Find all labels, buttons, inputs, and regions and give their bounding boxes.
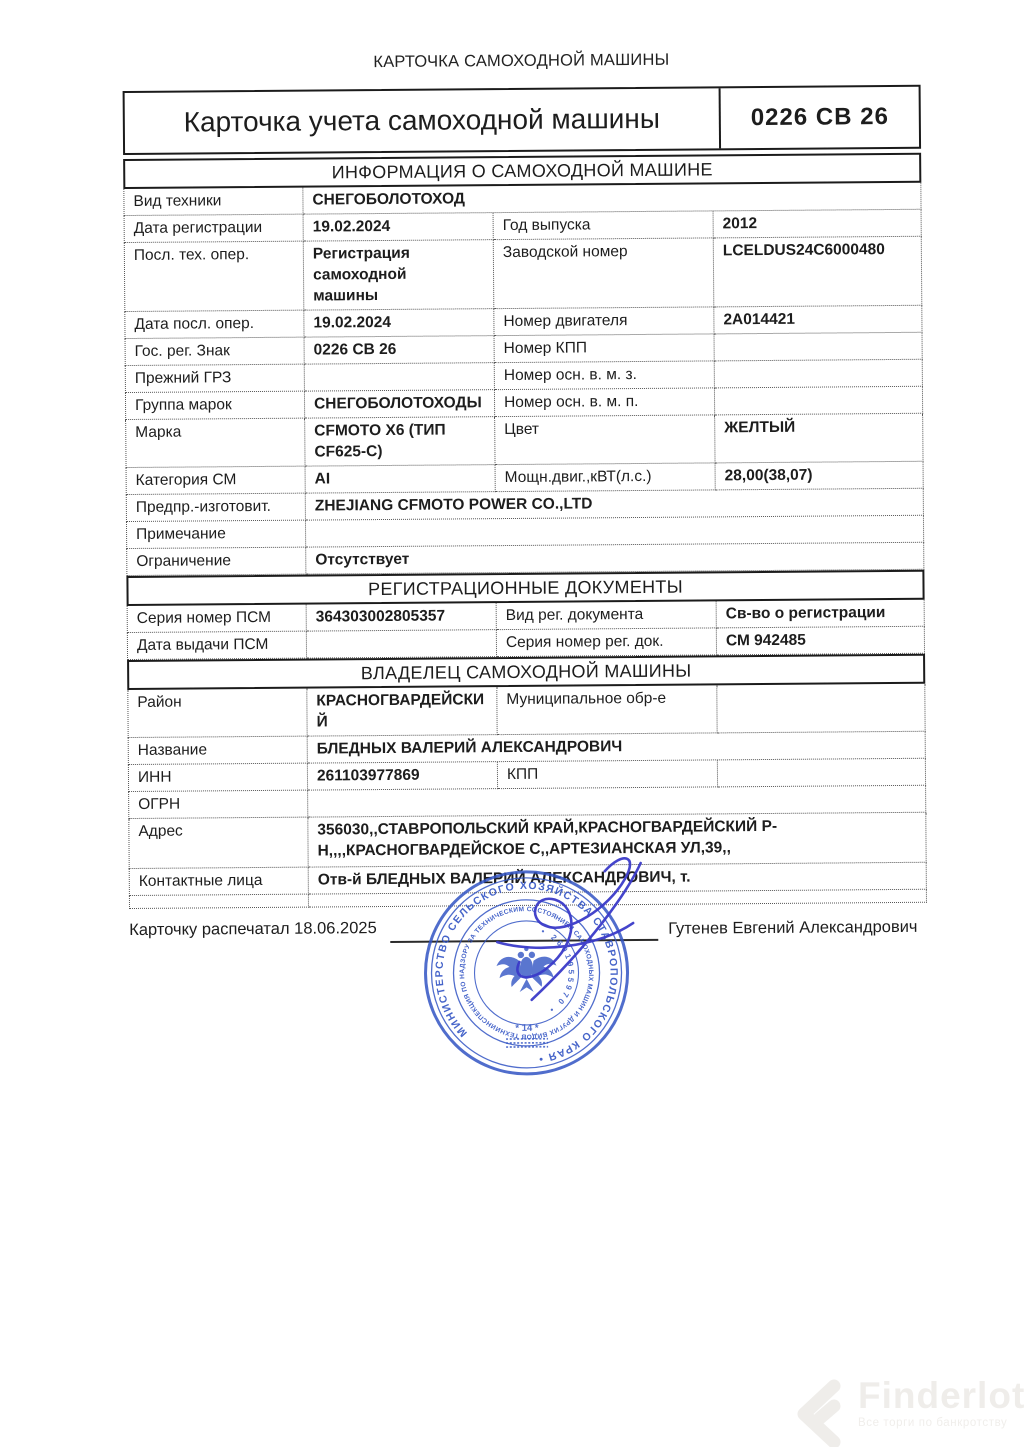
- cvet-value: ЖЕЛТЫЙ: [715, 414, 923, 464]
- inn-label: ИНН: [128, 764, 308, 792]
- rayon-label: Район: [127, 689, 307, 738]
- marka-value: CFMOTO X6 (ТИП CF625-C): [305, 417, 495, 466]
- moshchnost-label: Мощн.двиг.,кВТ(л.с.): [496, 463, 716, 492]
- finderlot-watermark: Finderlot Все торги по банкротству: [786, 1376, 1024, 1447]
- god-vypuska-label: Год выпуска: [494, 211, 714, 240]
- nazvanie-label: Название: [128, 737, 308, 765]
- finderlot-logo-icon: [786, 1376, 850, 1447]
- vid-tekhniki-label: Вид техники: [123, 188, 303, 216]
- cvet-label: Цвет: [495, 415, 715, 465]
- predpr-izgotovit-label: Предпр.-изготовит.: [126, 494, 306, 522]
- nomer-dvigatelya-value: 2A014421: [714, 306, 922, 335]
- municipalnoe-obr-value: [717, 684, 925, 734]
- municipalnoe-obr-label: Муниципальное обр-е: [497, 685, 717, 735]
- row-rayon: Район КРАСНОГВАРДЕЙСКИ Й Муниципальное о…: [127, 684, 925, 738]
- kontaktnye-lica-label: Контактные лица: [129, 868, 309, 896]
- zavodskoy-nomer-label: Заводской номер: [494, 238, 715, 309]
- printed-date-label: Карточку распечатал 18.06.2025: [129, 919, 377, 940]
- rayon-value: КРАСНОГВАРДЕЙСКИ Й: [307, 687, 497, 736]
- marka-label: Марка: [125, 419, 305, 468]
- gruppa-marok-label: Группа марок: [125, 392, 305, 420]
- seriya-nomer-reg-dok-value: СМ 942485: [717, 627, 925, 656]
- gruppa-marok-value: СНЕГОБОЛОТОХОДЫ: [305, 390, 495, 418]
- posl-tekh-oper-value: Регистрация самоходной машины: [304, 240, 495, 310]
- ogrn-label: ОГРН: [128, 791, 308, 819]
- ogranichenie-label: Ограничение: [126, 548, 306, 576]
- moshchnost-value: 28,00(38,07): [716, 462, 924, 491]
- vid-reg-dokumenta-value: Св-во о регистрации: [717, 600, 925, 629]
- card-title: Карточка учета самоходной машины: [125, 88, 719, 153]
- kpp-label: КПП: [498, 760, 718, 789]
- seriya-nomer-psm-label: Серия номер ПСМ: [127, 605, 307, 633]
- handwritten-signature: [427, 849, 698, 1041]
- watermark-tagline: Все торги по банкротству: [858, 1417, 1024, 1429]
- zavodskoy-nomer-value: LCELDUS24C6000480: [714, 237, 923, 308]
- watermark-name: Finderlot: [858, 1376, 1024, 1416]
- spacer-cell: [129, 895, 309, 909]
- scanned-document: КАРТОЧКА САМОХОДНОЙ МАШИНЫ Карточка учет…: [0, 0, 1024, 1447]
- data-posl-oper-label: Дата посл. опер.: [124, 311, 304, 339]
- gos-reg-znak-value: 0226 СВ 26: [305, 336, 495, 364]
- data-registracii-label: Дата регистрации: [124, 215, 304, 243]
- nomer-kpp-value: [715, 333, 923, 362]
- data-vydachi-psm-value: [307, 630, 497, 658]
- vid-reg-dokumenta-label: Вид рег. документа: [497, 601, 717, 630]
- data-posl-oper-value: 19.02.2024: [304, 309, 494, 337]
- posl-tekh-oper-label: Посл. тех. опер.: [124, 242, 305, 312]
- row-posl-tekh-oper: Посл. тех. опер. Регистрация самоходной …: [124, 237, 923, 312]
- kpp-value: [718, 759, 926, 788]
- card-title-box: Карточка учета самоходной машины 0226 СВ…: [123, 85, 921, 155]
- page-caption: КАРТОЧКА САМОХОДНОЙ МАШИНЫ: [122, 49, 920, 74]
- nomer-osn-vmp-value: [715, 387, 923, 416]
- nomer-kpp-label: Номер КПП: [495, 334, 715, 363]
- prezhniy-grz-label: Прежний ГРЗ: [125, 365, 305, 393]
- nomer-osn-vmz-label: Номер осн. в. м. з.: [495, 361, 715, 390]
- data-vydachi-psm-label: Дата выдачи ПСМ: [127, 632, 307, 660]
- seriya-nomer-psm-value: 364303002805357: [307, 603, 497, 631]
- kategoriya-sm-value: AI: [306, 465, 496, 493]
- row-marka: Марка CFMOTO X6 (ТИП CF625-C) Цвет ЖЕЛТЫ…: [125, 414, 923, 468]
- kategoriya-sm-label: Категория СМ: [126, 467, 306, 495]
- nomer-osn-vmp-label: Номер осн. в. м. п.: [495, 388, 715, 417]
- adres-label: Адрес: [128, 818, 308, 869]
- registration-card: Карточка учета самоходной машины 0226 СВ…: [123, 85, 927, 909]
- primechanie-label: Примечание: [126, 521, 306, 549]
- nomer-dvigatelya-label: Номер двигателя: [494, 307, 714, 336]
- reg-plate-number: 0226 СВ 26: [719, 87, 919, 149]
- gos-reg-znak-label: Гос. рег. Знак: [125, 338, 305, 366]
- nomer-osn-vmz-value: [715, 360, 923, 389]
- ogranichenie-value: Отсутствует: [306, 543, 924, 575]
- data-registracii-value: 19.02.2024: [304, 213, 494, 241]
- signer-name: Гутенев Евгений Александрович: [668, 918, 917, 939]
- prezhniy-grz-value: [305, 363, 495, 391]
- god-vypuska-value: 2012: [714, 210, 922, 239]
- seriya-nomer-reg-dok-label: Серия номер рег. док.: [497, 628, 717, 657]
- inn-value: 261103977869: [308, 762, 498, 790]
